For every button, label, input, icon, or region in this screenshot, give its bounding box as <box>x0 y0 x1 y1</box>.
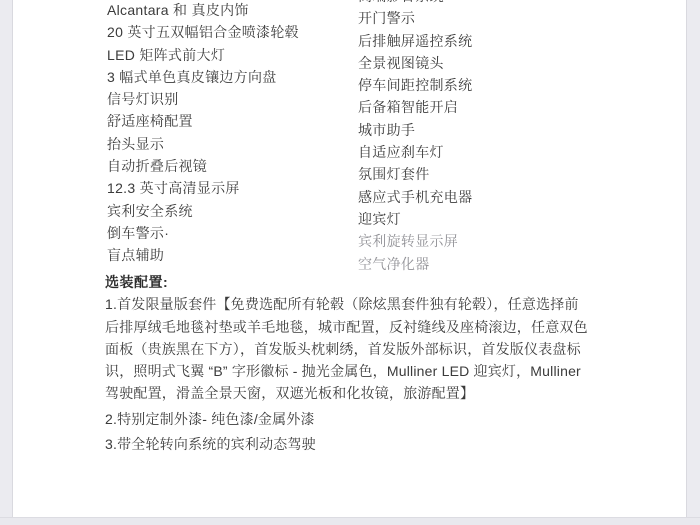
feature-item: 宾利旋转显示屏 <box>358 230 472 252</box>
feature-item: 倒车警示· <box>107 222 299 244</box>
feature-item: LED 矩阵式前大灯 <box>107 44 299 66</box>
optional-item-1-line: 驾驶配置，滑盖全景天窗，双遮光板和化妆镜，旅游配置】 <box>105 382 625 404</box>
feature-item: Alcantara 和 真皮内饰 <box>107 0 299 21</box>
feature-item: 自动折叠后视镜 <box>107 155 299 177</box>
feature-item: 20 英寸五双幅铝合金喷漆轮毂 <box>107 21 299 43</box>
feature-item: 后备箱智能开启 <box>358 96 472 118</box>
feature-item: 迎宾灯 <box>358 208 472 230</box>
feature-item: 盲点辅助 <box>107 244 299 266</box>
standard-features-left-column: Alcantara 和 真皮内饰 20 英寸五双幅铝合金喷漆轮毂 LED 矩阵式… <box>107 0 299 267</box>
document-page: Alcantara 和 真皮内饰 20 英寸五双幅铝合金喷漆轮毂 LED 矩阵式… <box>0 0 700 525</box>
feature-item: 12.3 英寸高清显示屏 <box>107 177 299 199</box>
optional-item-3: 3.带全轮转向系统的宾利动态驾驶 <box>105 433 625 455</box>
feature-item: 全景视图镜头 <box>358 52 472 74</box>
feature-item: 抬头显示 <box>107 133 299 155</box>
optional-config-section: 选装配置: 1.首发限量版套件【免费选配所有轮毂（除炫黑套件独有轮毂），任意选择… <box>105 271 625 455</box>
feature-item: 后排触屏遥控系统 <box>358 30 472 52</box>
feature-item: 自适应刹车灯 <box>358 141 472 163</box>
feature-item: 宾利安全系统 <box>107 200 299 222</box>
optional-config-heading: 选装配置: <box>105 271 625 293</box>
feature-item: 城市助手 <box>358 119 472 141</box>
optional-item-1-line: 1.首发限量版套件【免费选配所有轮毂（除炫黑套件独有轮毂），任意选择前 <box>105 293 625 315</box>
optional-item-1-line: 识，照明式飞翼 “B” 字形徽标 - 抛光金属色，Mulliner LED 迎宾… <box>105 360 625 382</box>
optional-item-1-line: 后排厚绒毛地毯衬垫或羊毛地毯，城市配置，反衬缝线及座椅滚边，任意双色 <box>105 316 625 338</box>
feature-item-clipped: 高端影音系统 <box>358 0 472 7</box>
feature-item: 感应式手机充电器 <box>358 186 472 208</box>
optional-item-2: 2.特别定制外漆- 纯色漆/金属外漆 <box>105 408 625 430</box>
optional-item-1-line: 面板（贵族黑在下方），首发版头枕刺绣，首发版外部标识，首发版仪表盘标 <box>105 338 625 360</box>
feature-item: 氛围灯套件 <box>358 163 472 185</box>
standard-features-right-column: 高端影音系统 开门警示 后排触屏遥控系统 全景视图镜头 停车间距控制系统 后备箱… <box>358 0 472 275</box>
feature-item: 舒适座椅配置 <box>107 110 299 132</box>
page-right-gutter <box>686 0 700 517</box>
bottom-bar <box>0 517 700 525</box>
feature-item: 信号灯识别 <box>107 88 299 110</box>
feature-item: 停车间距控制系统 <box>358 74 472 96</box>
feature-item: 3 幅式单色真皮镶边方向盘 <box>107 66 299 88</box>
page-left-gutter <box>0 0 13 517</box>
feature-item: 开门警示 <box>358 7 472 29</box>
